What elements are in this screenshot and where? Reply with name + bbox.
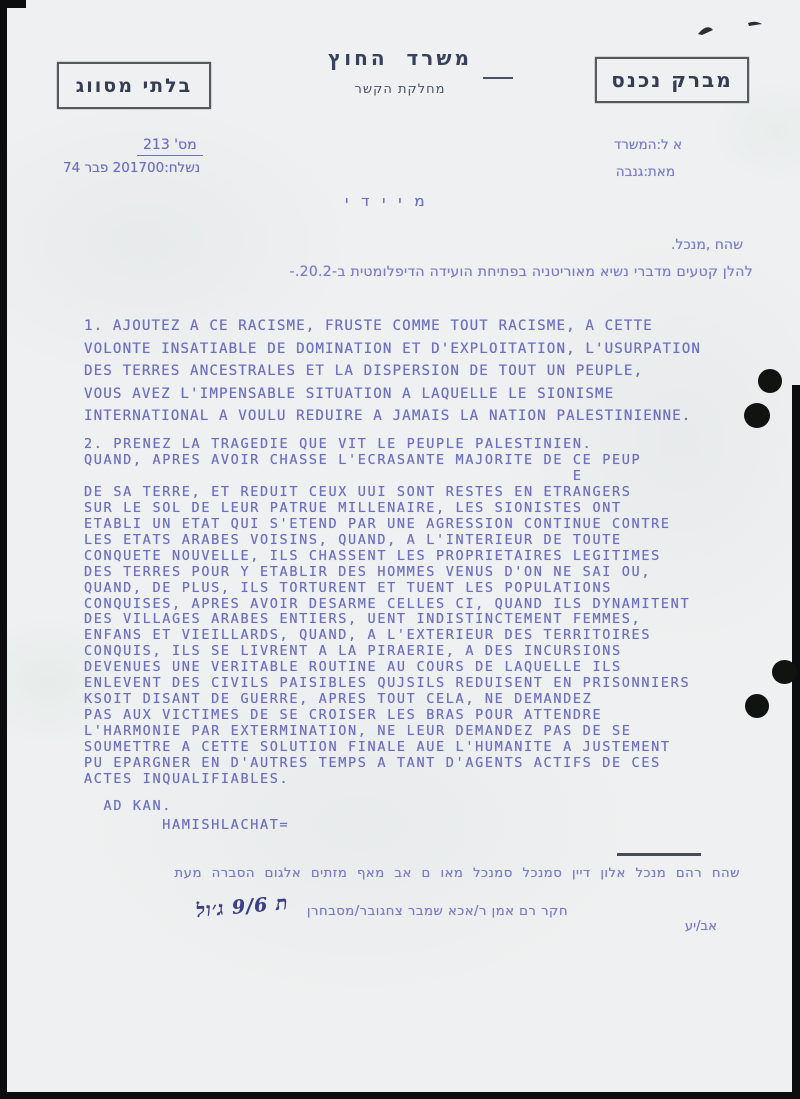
scan-corner-top-left (0, 0, 26, 8)
distribution-list-line1: שהח רהם מנכל אלון דיין סמנכל סמנכל מאו ם… (175, 866, 740, 881)
addressee-line: א ל:המשרד (614, 137, 682, 153)
department-subtitle: מחלקת הקשר (300, 82, 500, 97)
distribution-list-line2-text: חקר רם אמן ר/אכא שמבר צחגובר/מסבחרן (307, 904, 568, 919)
body-paragraph-2: 2. PRENEZ LA TRAGEDIE QUE VIT LE PEUPLE … (84, 437, 690, 788)
summary-line: להלן קטעים מדברי נשיא מאוריטניה בפתיחת ה… (290, 264, 753, 280)
footer-separator-line (617, 853, 701, 856)
unclassified-stamp-label: בלתי מסווג (76, 75, 192, 97)
telegram-number: מס' 213 (137, 137, 203, 156)
scanned-telegram-page: מברק נכנס בלתי מסווג משרד החוץ מחלקת הקש… (0, 0, 800, 1099)
closing-signature: AD KAN. HAMISHLACHAT= (84, 797, 289, 835)
distribution-list-line2: חקר רם אמן ר/אכא שמבר צחגובר/מסבחרן ת 9/… (196, 898, 568, 921)
hole-punch-dot (758, 369, 782, 393)
body-paragraph-1: 1. AJOUTEZ A CE RACISME, FRUSTE COMME TO… (84, 315, 701, 428)
incoming-telegram-stamp: מברק נכנס (595, 57, 749, 103)
sender-line: מאת:גנבה (616, 164, 675, 180)
hole-punch-dot (772, 660, 797, 684)
handwritten-note: ת 9/6 ג׳ול (195, 892, 289, 923)
sent-timestamp: נשלח:201700 פבר 74 (63, 160, 200, 176)
clerk-initials: אב/יע (685, 919, 717, 934)
scan-edge-bottom (0, 1092, 800, 1099)
salutation-line: שהח ,מנכל. (671, 237, 743, 253)
hole-punch-dot (745, 694, 769, 718)
ministry-title: משרד החוץ (300, 46, 500, 70)
scan-edge-left (0, 0, 7, 1099)
priority-marking: מ י י ד י (345, 192, 429, 210)
scan-edge-right (792, 385, 800, 1099)
handwritten-checkmark-icon (690, 14, 770, 40)
incoming-telegram-stamp-label: מברק נכנס (611, 68, 732, 92)
hole-punch-dot (744, 403, 770, 428)
unclassified-stamp: בלתי מסווג (57, 62, 211, 109)
title-underline (483, 77, 513, 79)
